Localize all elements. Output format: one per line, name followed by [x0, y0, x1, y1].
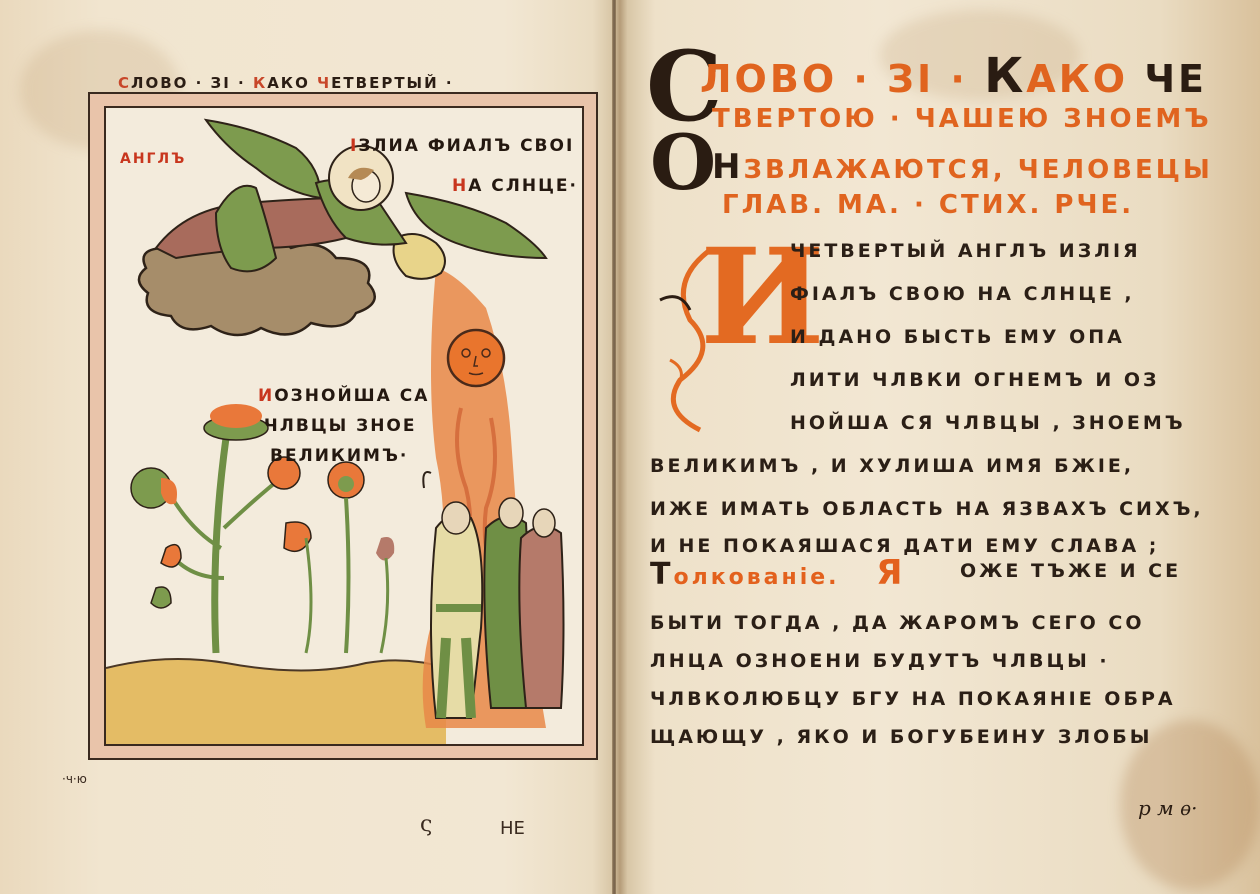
text-line: ИЖЕ ИМАТЬ ОБЛАСТЬ НА ЯЗВАХЪ СИХЪ, — [650, 498, 1204, 520]
heading-line-3: НЗВЛАЖАЮТСЯ, ЧЕЛОВЕЦЫ — [712, 150, 1213, 184]
miniature: АНГЛЪ ІЗЛИА ФИАЛЪ СВОІ НА СЛНЦЕ· ИОЗНОЙШ… — [104, 106, 584, 746]
text-line: И ДАНО БЫСТЬ ЕМУ ОПА — [790, 326, 1125, 348]
caption-sun: НА СЛНЦЕ· — [452, 178, 578, 195]
catchword-mark: ς — [420, 812, 432, 837]
angel-wing-icon — [206, 120, 321, 198]
text-line: ОЖЕ ТЪЖЕ И СЕ — [960, 560, 1181, 582]
heading-line-2: ТВЕРТОЮ · ЧАШЕЮ ЗНОЕМЪ — [712, 106, 1212, 132]
ornate-initial-o: О — [650, 118, 716, 207]
text-line: ЛИТИ ЧЛВКИ ОГНЕМЪ И ОЗ — [790, 369, 1160, 391]
caption-scorch-line-2: ЧЛВЦЫ ЗНОЕ — [264, 418, 417, 435]
manuscript-spread: СЛОВО · ЗІ · КАКО ЧЕТВЕРТЫЙ · — [0, 0, 1260, 894]
ground-icon — [106, 659, 446, 746]
caption-scorch-line-1: ИОЗНОЙША СА — [258, 388, 429, 405]
catchword: НЕ — [500, 818, 525, 839]
flowers-icon — [131, 404, 394, 653]
text-line: ФІАЛЪ СВОЮ НА СЛНЦЕ , — [790, 283, 1135, 305]
caption-poured: ІЗЛИА ФИАЛЪ СВОІ — [350, 138, 574, 155]
flourish-ornament-icon — [650, 240, 740, 440]
folio-mark: ·ч·ю — [62, 772, 87, 786]
running-head-text: ЕТВЕРТЫЙ · — [331, 74, 453, 92]
rubric-letter: К — [253, 74, 267, 92]
text-line: ВЕЛИКИМЪ , И ХУЛИША ИМЯ БЖІЕ, — [650, 455, 1134, 477]
text-line: ЛНЦА ОЗНОЕНИ БУДУТЪ ЧЛВЦЫ · — [650, 650, 1110, 672]
running-head-text: АКО — [267, 74, 317, 92]
running-head-text: ЛОВО · ЗІ · — [131, 74, 253, 92]
miniature-frame: АНГЛЪ ІЗЛИА ФИАЛЪ СВОІ НА СЛНЦЕ· ИОЗНОЙШ… — [88, 92, 598, 760]
rubric-letter: Ч — [317, 74, 331, 92]
heading-line-4: ГЛАВ. МА. · СТИХ. РЧЕ. — [722, 192, 1134, 218]
caption-scorch-line-3: ВЕЛИКИМЪ· — [270, 448, 408, 465]
text-line: БЫТИ ТОГДА , ДА ЖАРОМЪ СЕГО СО — [650, 612, 1144, 634]
caption-angel: АНГЛЪ — [120, 152, 186, 166]
folio-number: р м ѳ· — [1138, 796, 1198, 820]
text-line: ЧЕТВЕРТЫЙ АНГЛЪ ИЗЛІЯ — [790, 240, 1141, 262]
text-line: ЩАЮЩУ , ЯКО И БОГУБЕИНУ ЗЛОБЫ — [650, 726, 1152, 748]
heading-line-1: ЛОВО · ЗІ · КАКО ЧЕ — [700, 52, 1207, 100]
book-gutter — [612, 0, 616, 894]
commentary-heading: Толкованіе. Я — [650, 553, 905, 593]
rubric-letter: С — [118, 74, 131, 92]
text-line: ЧЛВКОЛЮБЦУ БГУ НА ПОКАЯНІЕ ОБРА — [650, 688, 1176, 710]
text-line: НОЙША СЯ ЧЛВЦЫ , ЗНОЕМЪ — [790, 412, 1186, 434]
running-head: СЛОВО · ЗІ · КАКО ЧЕТВЕРТЫЙ · — [118, 74, 454, 92]
